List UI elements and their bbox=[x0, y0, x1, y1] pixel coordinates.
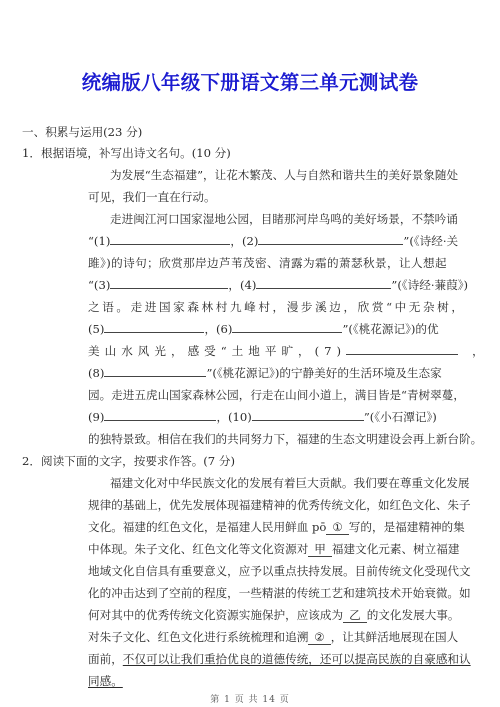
blank-3[interactable] bbox=[110, 277, 228, 289]
fill-line-jia: 中体现。朱子文化、红色文化等文化资源对甲福建文化元素、树立福建 bbox=[88, 541, 459, 557]
fill-line-1-2: “(1)，(2)”(《诗经·关 bbox=[88, 233, 458, 249]
page-footer: 第 1 页 共 14 页 bbox=[0, 692, 500, 705]
blank-7[interactable] bbox=[346, 343, 458, 355]
underlined-sentence: 不仅可以让我们重拾优良的道德传统，还可以提高民族的自豪感和认 bbox=[123, 652, 471, 666]
blank-mark-yi[interactable]: 乙 bbox=[343, 608, 367, 623]
paragraph-line: 园。走进五虎山国家森林公园，行走在山间小道上，满目皆是“青树翠蔓， bbox=[88, 387, 465, 403]
fill-line-mark-2: 对朱子文化、红色文化进行系统梳理和追溯②，让其鲜活地展现在国人 bbox=[88, 629, 458, 645]
blank-6[interactable] bbox=[232, 321, 342, 333]
blank-mark-jia[interactable]: 甲 bbox=[308, 542, 332, 557]
paragraph-line: 的独特景致。相信在我们的共同努力下，福建的生态文明建设会再上新台阶。 bbox=[88, 431, 482, 447]
paragraph-line: 为发展“生态福建”，让花木繁茂、人与自然和谐共生的美好景象随处 bbox=[110, 167, 458, 183]
question-2-heading: 2．阅读下面的文字，按要求作答。(7 分) bbox=[22, 453, 235, 469]
blank-2[interactable] bbox=[258, 233, 403, 245]
underlined-sentence-line: 面前，不仅可以让我们重拾优良的道德传统，还可以提高民族的自豪感和认 bbox=[88, 651, 471, 667]
question-1-heading: 1．根据语境，补写出诗文名句。(10 分) bbox=[22, 145, 231, 161]
fill-line-yi: 何对其中的优秀传统文化资源实施保护，应该成为乙的文化发展大事。 bbox=[88, 607, 459, 623]
paragraph-line: 福建文化对中华民族文化的发展有着巨大贡献。我们要在尊重文化发展 bbox=[110, 475, 469, 491]
paragraph-line: 规律的基础上，优先发展体现福建精神的优秀传统文化，如红色文化、朱子 bbox=[88, 497, 471, 513]
fill-line-7: 美山水风光，感受“土地平旷，(7)， bbox=[88, 343, 484, 359]
paragraph-line: 化的冲击达到了空前的程度，一些精湛的传统工艺和建筑技术开始衰微。如 bbox=[88, 585, 471, 601]
paragraph-line: 地域文化自信具有重要意义，应予以重点扶持发展。目前传统文化受现代文 bbox=[88, 563, 471, 579]
fill-line-8: (8)”(《桃花源记》)的宁静美好的生活环境及生态家 bbox=[88, 365, 442, 381]
paragraph-line: 雎》)的诗句；欣赏那岸边芦苇茂密、清露为霜的萧瑟秋景，让人想起 bbox=[88, 255, 447, 271]
underlined-sentence-end: 同感。 bbox=[88, 673, 123, 689]
blank-8[interactable] bbox=[104, 365, 206, 377]
fill-line-mark-1: 文化。福建的红色文化，是福建人民用鲜血 pō①写的，是福建精神的集 bbox=[88, 519, 465, 535]
fill-line-3-4: “(3)，(4)”(《诗经·蒹葭》) bbox=[88, 277, 468, 293]
blank-mark-1[interactable]: ① bbox=[326, 520, 348, 535]
blank-5[interactable] bbox=[104, 321, 204, 333]
document-title: 统编版八年级下册语文第三单元测试卷 bbox=[0, 67, 500, 95]
blank-10[interactable] bbox=[252, 409, 364, 421]
fill-line-9-10: (9)，(10)”(《小石潭记》) bbox=[88, 409, 437, 425]
paragraph-line: 之语。走进国家森林村九峰村，漫步溪边，欣赏“中无杂树， bbox=[88, 299, 466, 315]
paragraph-line: 走进闽江河口国家湿地公园，目睹那河岸鸟鸣的美好场景，不禁吟诵 bbox=[110, 211, 458, 227]
blank-9[interactable] bbox=[104, 409, 216, 421]
paragraph-line: 可见，我们一直在行动。 bbox=[88, 189, 216, 205]
section-heading: 一、积累与运用(23 分) bbox=[22, 124, 142, 140]
fill-line-5-6: (5)，(6)”(《桃花源记》)的优 bbox=[88, 321, 439, 337]
blank-mark-2[interactable]: ② bbox=[308, 630, 330, 645]
blank-4[interactable] bbox=[256, 277, 391, 289]
blank-1[interactable] bbox=[110, 233, 230, 245]
